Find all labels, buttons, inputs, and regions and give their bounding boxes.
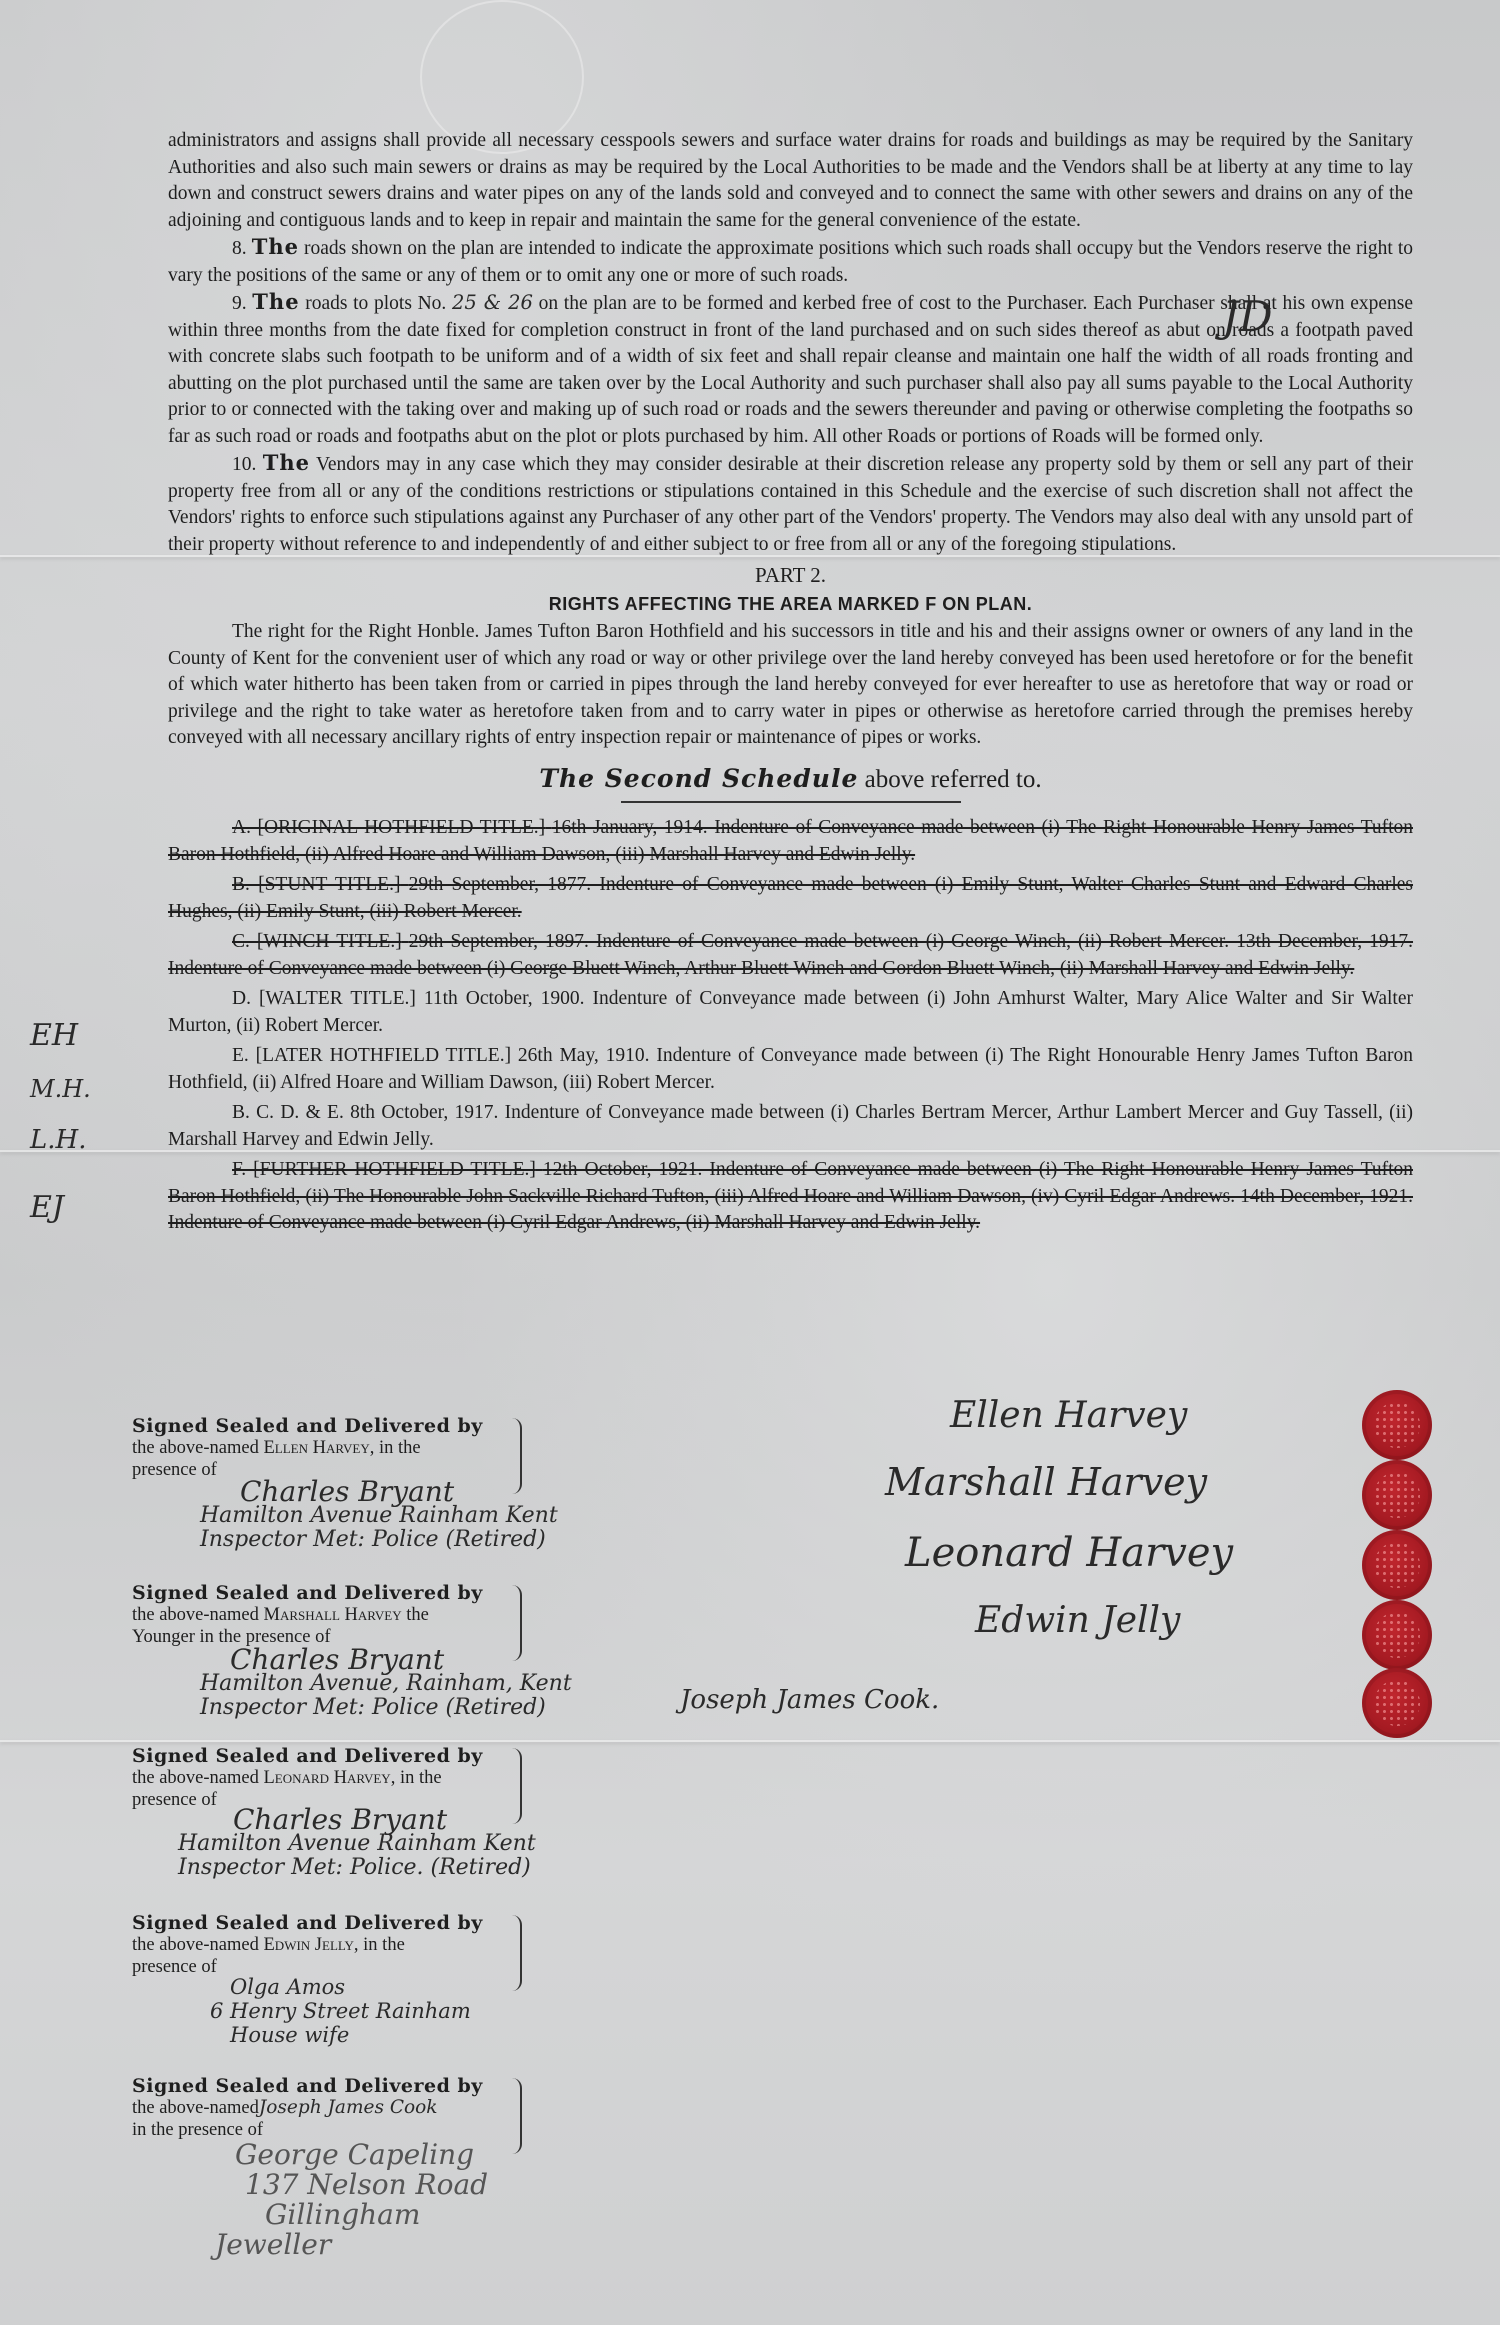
brace	[510, 1915, 522, 1991]
witness-olga-amos: Olga Amos 6 Henry Street Rainham House w…	[210, 1975, 471, 2047]
schedule-entry-f: F. [FURTHER HOTHFIELD TITLE.] 12th Octob…	[168, 1157, 1413, 1237]
attestation-joseph-james-cook: Signed Sealed and Delivered by the above…	[132, 2075, 512, 2141]
wax-seal-icon	[1362, 1668, 1432, 1738]
schedule-entry-a: A. [ORIGINAL HOTHFIELD TITLE.] 16th Janu…	[168, 815, 1413, 868]
schedule-entry-d: D. [WALTER TITLE.] 11th October, 1900. I…	[168, 986, 1413, 1039]
signature-edwin-jelly: Edwin Jelly	[975, 1600, 1180, 1641]
wax-seal-icon	[1362, 1460, 1432, 1530]
witness-charles-bryant-2: Charles Bryant Hamilton Avenue, Rainham,…	[200, 1648, 572, 1720]
signature-marshall-harvey: Marshall Harvey	[885, 1460, 1207, 1504]
deed-page: administrators and assigns shall provide…	[0, 0, 1500, 2325]
fold-crease	[0, 1740, 1500, 1742]
schedule-entry-b: B. [STUNT TITLE.] 29th September, 1877. …	[168, 872, 1413, 925]
witness-charles-bryant-1: Charles Bryant Hamilton Avenue Rainham K…	[200, 1480, 558, 1552]
witness-charles-bryant-3: Charles Bryant Hamilton Avenue Rainham K…	[178, 1808, 536, 1880]
signature-joseph-james-cook: Joseph James Cook.	[680, 1685, 939, 1715]
schedule-entry-bcde: B. C. D. & E. 8th October, 1917. Indentu…	[168, 1100, 1413, 1153]
signature-leonard-harvey: Leonard Harvey	[905, 1530, 1233, 1576]
attestation-ellen-harvey: Signed Sealed and Delivered by the above…	[132, 1415, 512, 1481]
clause-10: 10. The Vendors may in any case which th…	[168, 450, 1413, 558]
second-schedule-title: The Second Schedule above referred to.	[168, 766, 1413, 794]
margin-initials-eh: EH	[30, 1018, 78, 1053]
plot-numbers-handwritten: 25 & 26	[452, 291, 533, 314]
part-2-title: PART 2.	[168, 562, 1413, 589]
margin-initials-mh: M.H.	[30, 1075, 91, 1103]
margin-initials-ej: EJ	[30, 1190, 64, 1225]
schedule-entry-c: C. [WINCH TITLE.] 29th September, 1897. …	[168, 929, 1413, 982]
wax-seal-icon	[1362, 1600, 1432, 1670]
signature-ellen-harvey: Ellen Harvey	[950, 1395, 1187, 1436]
witness-george-capeling: George Capeling 137 Nelson Road Gillingh…	[215, 2140, 488, 2260]
attestation-marshall-harvey: Signed Sealed and Delivered by the above…	[132, 1582, 512, 1648]
brace	[510, 2078, 522, 2154]
margin-annotation-jd: JD	[1222, 292, 1273, 341]
clause-8: 8. The roads shown on the plan are inten…	[168, 234, 1413, 289]
margin-initials-lh: L.H.	[30, 1125, 86, 1155]
continuation-paragraph: administrators and assigns shall provide…	[168, 128, 1413, 234]
attestation-edwin-jelly: Signed Sealed and Delivered by the above…	[132, 1912, 512, 1978]
rights-subtitle: RIGHTS AFFECTING THE AREA MARKED F ON PL…	[168, 591, 1413, 618]
wax-seal-icon	[1362, 1530, 1432, 1600]
schedule-entry-e: E. [LATER HOTHFIELD TITLE.] 26th May, 19…	[168, 1043, 1413, 1096]
attestation-leonard-harvey: Signed Sealed and Delivered by the above…	[132, 1745, 512, 1811]
title-underline	[621, 801, 961, 803]
wax-seal-icon	[1362, 1390, 1432, 1460]
part-2-text: The right for the Right Honble. James Tu…	[168, 619, 1413, 752]
